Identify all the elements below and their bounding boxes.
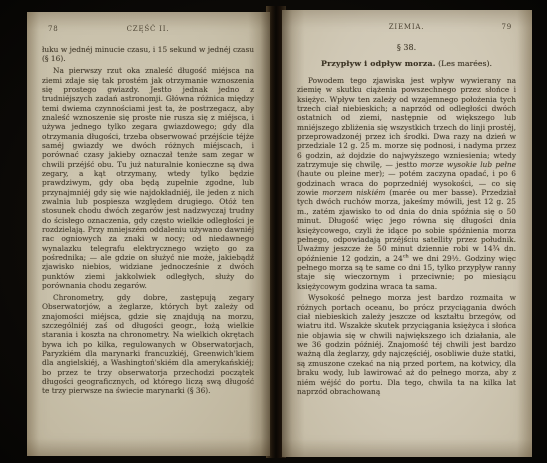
text-segment: łuku w jednéj minucie czasu, i 15 sekund… [42, 45, 254, 63]
paragraph: Wysokość pełnego morza jest bardzo rozma… [297, 293, 516, 396]
paragraph: Chronometry, gdy dobre, zastępują zegary… [42, 293, 254, 396]
section-number: § 38. [297, 43, 516, 52]
right-running-title: ZIEMIA. [297, 23, 516, 31]
left-running-title: CZĘŚĆ II. [42, 25, 254, 33]
paragraph-continuation: łuku w jednéj minucie czasu, i 15 sekund… [42, 45, 254, 64]
text-segment: morze wysokie lub pełne [420, 160, 516, 169]
paragraph: Na pierwszy rzut oka znaleść długość mié… [42, 66, 254, 290]
text-segment: Wysokość pełnego morza jest bardzo rozma… [297, 293, 516, 395]
text-segment: Chronometry, gdy dobre, zastępują zegary… [42, 293, 254, 395]
section-title-line: Przypływ i odpływ morza. (Les marées). [297, 59, 516, 68]
left-page-header: 78 CZĘŚĆ II. [42, 25, 254, 36]
left-page: 78 CZĘŚĆ II. łuku w jednéj minucie czasu… [27, 12, 270, 456]
right-page-number: 79 [501, 23, 512, 31]
right-page-header: ZIEMIA. 79 [297, 23, 516, 34]
text-segment: Powodem tego zjawiska jest wpływ wywiera… [297, 76, 516, 169]
text-segment: morzem niskiém [322, 188, 385, 197]
right-page: ZIEMIA. 79 § 38. Przypływ i odpływ morza… [282, 10, 532, 457]
text-segment: (marée ou mer basse). Przedział tych dwó… [297, 188, 516, 262]
left-page-body: łuku w jednéj minucie czasu, i 15 sekund… [42, 45, 254, 396]
section-title: Przypływ i odpływ morza. [321, 59, 436, 68]
left-page-inner: 78 CZĘŚĆ II. łuku w jednéj minucie czasu… [27, 12, 270, 396]
section-subtitle: (Les marées). [436, 59, 492, 68]
paragraph: Powodem tego zjawiska jest wpływ wywiera… [297, 76, 516, 291]
text-segment: Na pierwszy rzut oka znaleść długość mié… [42, 66, 254, 290]
right-page-body: Powodem tego zjawiska jest wpływ wywiera… [297, 76, 516, 396]
book-scan: 78 CZĘŚĆ II. łuku w jednéj minucie czasu… [0, 0, 547, 463]
right-page-inner: ZIEMIA. 79 § 38. Przypływ i odpływ morza… [282, 10, 532, 396]
